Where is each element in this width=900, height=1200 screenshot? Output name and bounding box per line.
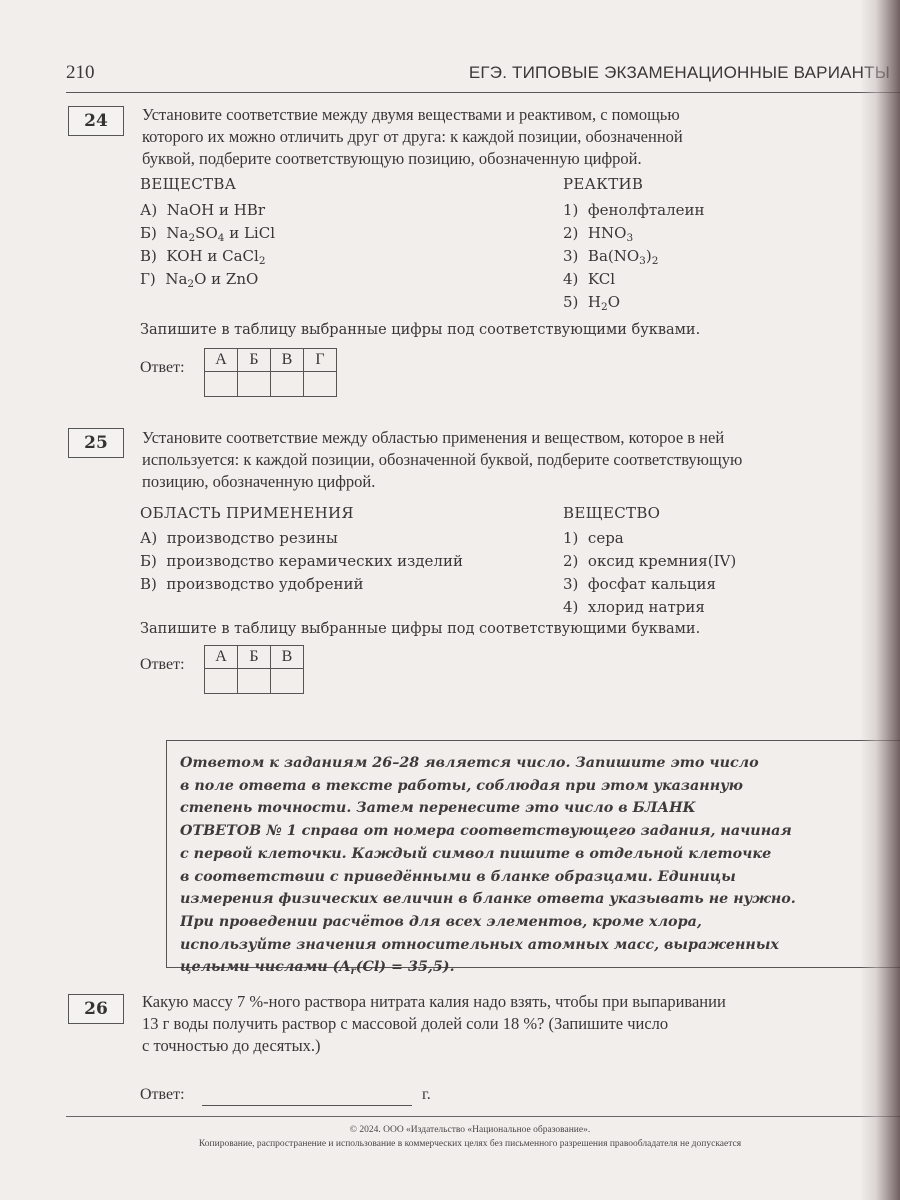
task-24-header-cell: В bbox=[271, 349, 304, 372]
task-24-answer-cell-Г[interactable] bbox=[304, 372, 337, 397]
task-24-text: Установите соответствие между двумя веще… bbox=[142, 104, 900, 170]
task-25-line: позицию, обозначенную цифрой. bbox=[142, 471, 900, 493]
substance-item: 4) хлорид натрия bbox=[563, 596, 736, 619]
instruction-line: ОТВЕТОВ № 1 справа от номера соответству… bbox=[180, 820, 880, 843]
task-26-line: 13 г воды получить раствор с массовой до… bbox=[142, 1013, 900, 1035]
footer-copyright: © 2024. ООО «Издательство «Национальное … bbox=[0, 1125, 900, 1135]
task-24-header-cell: Б bbox=[238, 349, 271, 372]
footer-rule bbox=[66, 1116, 900, 1117]
task-24-line: буквой, подберите соответствующую позици… bbox=[142, 148, 900, 170]
substance-item: 3) фосфат кальция bbox=[563, 573, 736, 596]
task-26-answer-field[interactable] bbox=[202, 1105, 412, 1106]
task-24-answer-cell-В[interactable] bbox=[271, 372, 304, 397]
header-rule bbox=[66, 92, 900, 93]
task-26-line: Какую массу 7 %-ного раствора нитрата ка… bbox=[142, 991, 900, 1013]
reagent-item: 2) HNO3 bbox=[563, 222, 705, 245]
reagent-item: 3) Ba(NO3)2 bbox=[563, 245, 705, 268]
task-24-line: которого их можно отличить друг от друга… bbox=[142, 126, 900, 148]
instruction-line: степень точности. Затем перенесите это ч… bbox=[180, 797, 880, 820]
task-25-text: Установите соответствие между областью п… bbox=[142, 427, 900, 493]
reagent-item: 1) фенолфталеин bbox=[563, 199, 705, 222]
task-24-instruction: Запишите в таблицу выбранные цифры под с… bbox=[140, 322, 700, 338]
task-25-header-cell: А bbox=[205, 646, 238, 669]
task-25-header-cell: Б bbox=[238, 646, 271, 669]
reagent-item: 4) KCl bbox=[563, 268, 705, 291]
task-24-answer-label: Ответ: bbox=[140, 359, 185, 377]
task-25-areas-list: А) производство резиныБ) производство ке… bbox=[140, 527, 463, 596]
running-title: ЕГЭ. ТИПОВЫЕ ЭКЗАМЕНАЦИОННЫЕ ВАРИАНТЫ bbox=[469, 63, 900, 83]
substance-item: 1) сера bbox=[563, 527, 736, 550]
task-26-answer-label: Ответ: bbox=[140, 1086, 185, 1104]
instruction-line: измерения физических величин в бланке от… bbox=[180, 888, 880, 911]
task-26-unit: г. bbox=[422, 1086, 431, 1104]
task-25-line: Установите соответствие между областью п… bbox=[142, 427, 900, 449]
task-24-reagents-list: 1) фенолфталеин2) HNO33) Ba(NO3)24) KCl5… bbox=[563, 199, 705, 314]
task-24-answer-cell-А[interactable] bbox=[205, 372, 238, 397]
task-26-text: Какую массу 7 %-ного раствора нитрата ка… bbox=[142, 991, 900, 1057]
task-24-header-cell: Г bbox=[304, 349, 337, 372]
instruction-line: используйте значения относительных атомн… bbox=[180, 934, 880, 957]
task-25-answer-cell-А[interactable] bbox=[205, 669, 238, 694]
instruction-box-text: Ответом к заданиям 26–28 является число.… bbox=[180, 752, 880, 979]
task-24-right-heading: РЕАКТИВ bbox=[563, 175, 643, 193]
substance-pair-item: В) KOH и CaCl2 bbox=[140, 245, 275, 268]
task-25-header-cell: В bbox=[271, 646, 304, 669]
task-25-answer-cell-В[interactable] bbox=[271, 669, 304, 694]
task-24-substances-list: А) NaOH и HBrБ) Na2SO4 и LiClВ) KOH и Ca… bbox=[140, 199, 275, 291]
task-25-left-heading: ОБЛАСТЬ ПРИМЕНЕНИЯ bbox=[140, 504, 354, 522]
task-26-number: 26 bbox=[68, 994, 124, 1024]
task-25-answer-table: АБВ bbox=[204, 645, 304, 694]
substance-pair-item: Б) Na2SO4 и LiCl bbox=[140, 222, 275, 245]
reagent-item: 5) H2O bbox=[563, 291, 705, 314]
application-area-item: В) производство удобрений bbox=[140, 573, 463, 596]
instruction-line: в соответствии с приведёнными в бланке о… bbox=[180, 866, 880, 889]
task-24-header-cell: А bbox=[205, 349, 238, 372]
page-number: 210 bbox=[66, 62, 95, 84]
substance-item: 2) оксид кремния(IV) bbox=[563, 550, 736, 573]
substance-pair-item: А) NaOH и HBr bbox=[140, 199, 275, 222]
task-24-answer-table: АБВГ bbox=[204, 348, 337, 397]
task-25-line: используется: к каждой позиции, обозначе… bbox=[142, 449, 900, 471]
task-25-number: 25 bbox=[68, 428, 124, 458]
task-25-answer-cell-Б[interactable] bbox=[238, 669, 271, 694]
task-25-right-heading: ВЕЩЕСТВО bbox=[563, 504, 660, 522]
task-24-left-heading: ВЕЩЕСТВА bbox=[140, 175, 236, 193]
task-25-answer-label: Ответ: bbox=[140, 656, 185, 674]
task-25-substances-list: 1) сера2) оксид кремния(IV)3) фосфат кал… bbox=[563, 527, 736, 619]
task-24-line: Установите соответствие между двумя веще… bbox=[142, 104, 900, 126]
instruction-line: целыми числами (Ar(Cl) = 35,5). bbox=[180, 956, 880, 979]
instruction-line: При проведении расчётов для всех элемент… bbox=[180, 911, 880, 934]
footer-notice: Копирование, распространение и использов… bbox=[0, 1139, 900, 1149]
application-area-item: А) производство резины bbox=[140, 527, 463, 550]
instruction-line: в поле ответа в тексте работы, соблюдая … bbox=[180, 775, 880, 798]
application-area-item: Б) производство керамических изделий bbox=[140, 550, 463, 573]
instruction-line: с первой клеточки. Каждый символ пишите … bbox=[180, 843, 880, 866]
task-26-line: с точностью до десятых.) bbox=[142, 1035, 900, 1057]
running-head: 210 ЕГЭ. ТИПОВЫЕ ЭКЗАМЕНАЦИОННЫЕ ВАРИАНТ… bbox=[66, 62, 900, 88]
instruction-line: Ответом к заданиям 26–28 является число.… bbox=[180, 752, 880, 775]
task-25-instruction: Запишите в таблицу выбранные цифры под с… bbox=[140, 621, 700, 637]
substance-pair-item: Г) Na2O и ZnO bbox=[140, 268, 275, 291]
task-24-answer-cell-Б[interactable] bbox=[238, 372, 271, 397]
task-24-number: 24 bbox=[68, 106, 124, 136]
